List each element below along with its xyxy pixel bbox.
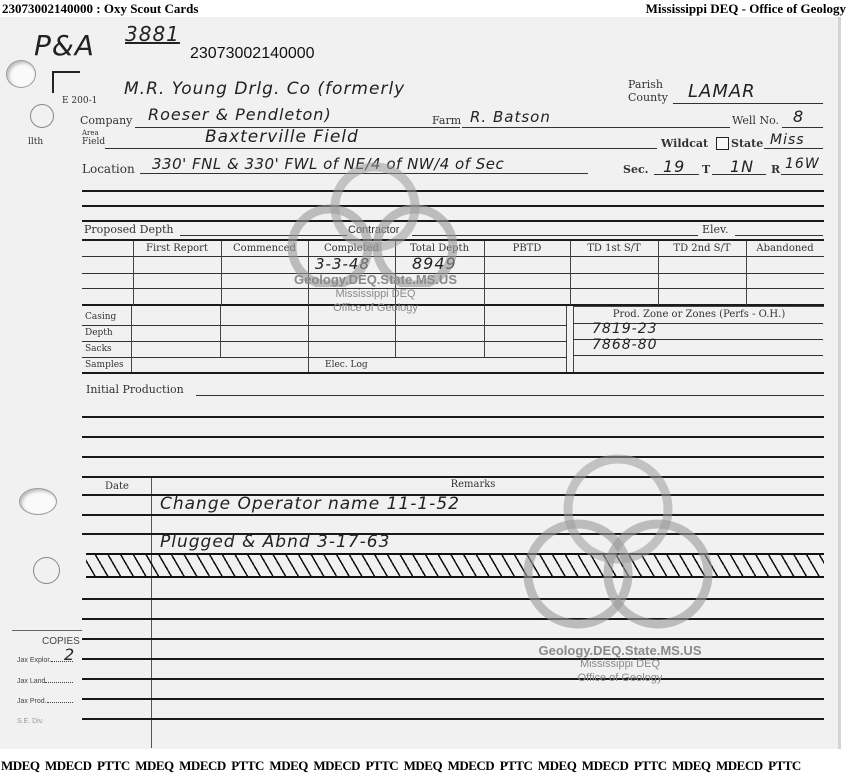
page-header: 23073002140000 : Oxy Scout Cards Mississ… — [0, 0, 850, 17]
watermark-agency: Mississippi DEQ — [283, 288, 468, 300]
well-no-label: Well No. — [732, 114, 779, 127]
punch-ring — [30, 104, 54, 128]
field-underline — [105, 148, 657, 149]
casing-label: Casing — [85, 312, 116, 322]
copy-label: S.E. Div. — [17, 718, 44, 725]
range-underline — [781, 174, 823, 175]
copy-label: Jax Explor. — [17, 657, 51, 664]
copy-label: Jax Prod. — [17, 698, 47, 705]
parish-label: Parish — [628, 78, 663, 91]
field-label: Field — [82, 137, 105, 147]
depth-label: Depth — [85, 328, 113, 338]
copy-jax-explor-value: 2 — [64, 645, 75, 664]
township-value: 1N — [730, 157, 754, 176]
prod-zone-value-2: 7868-80 — [592, 337, 658, 353]
watermark-url: Geology.DEQ.State.MS.US — [283, 272, 468, 287]
elev-underline — [735, 235, 823, 236]
footer-banner: MDEQ MDECD PTTC MDEQ MDECD PTTC MDEQ MDE… — [0, 758, 850, 777]
watermark-office: Office of Geology — [283, 302, 468, 314]
punch-ring — [33, 557, 60, 584]
th-abandoned: Abandoned — [746, 243, 824, 254]
well-no-underline — [782, 127, 823, 128]
farm-underline — [462, 127, 730, 128]
farm-label: Farm — [430, 114, 463, 127]
proposed-depth-label: Proposed Depth — [84, 223, 174, 236]
copy-jax-prod: Jax Prod. — [17, 698, 73, 705]
form-number: E 200-1 — [62, 96, 97, 106]
wildcat-checkbox[interactable] — [716, 137, 729, 150]
punch-hole — [19, 488, 57, 515]
copy-jax-land: Jax Land — [17, 678, 73, 685]
margin-label: llth — [28, 137, 43, 147]
date-header: Date — [82, 481, 152, 492]
wildcat-label: Wildcat — [661, 137, 708, 150]
field-value: Baxterville Field — [205, 127, 359, 147]
watermark-agency: Mississippi DEQ — [520, 658, 720, 670]
remark-entry-2: Plugged & Abnd 3-17-63 — [160, 532, 390, 552]
samples-label: Samples — [85, 360, 124, 370]
punch-hole — [6, 60, 36, 88]
state-value: Miss — [770, 132, 805, 148]
company-value: Roeser & Pendleton) — [148, 105, 332, 124]
township-label: T — [702, 163, 710, 176]
prod-zone-label: Prod. Zone or Zones (Perfs - O.H.) — [575, 309, 823, 320]
county-underline — [673, 103, 823, 104]
th-td-1st-st: TD 1st S/T — [570, 243, 658, 254]
agency-title: Mississippi DEQ - Office of Geology — [646, 1, 846, 17]
area-label: Area — [82, 129, 99, 137]
th-first-report: First Report — [133, 243, 221, 254]
scout-card: P&A 3881 23073002140000 E 200-1 llth M.R… — [0, 17, 841, 749]
copy-label: Jax Land — [17, 678, 45, 685]
copy-se-div: S.E. Div. — [17, 718, 44, 725]
remark-entry-1: Change Operator name 11-1-52 — [160, 494, 460, 514]
county-label: County — [628, 91, 668, 104]
range-value: 16W — [785, 156, 820, 172]
location-label: Location — [82, 162, 135, 176]
operator-name: M.R. Young Drlg. Co (formerly — [124, 79, 405, 99]
watermark-office: Office of Geology — [520, 672, 720, 684]
sacks-label: Sacks — [85, 344, 112, 354]
elev-label: Elev. — [702, 223, 728, 236]
company-label: Company — [80, 114, 132, 127]
county-value: LAMAR — [688, 81, 756, 102]
th-td-2nd-st: TD 2nd S/T — [658, 243, 746, 254]
document-title: 23073002140000 : Oxy Scout Cards — [2, 1, 198, 17]
state-label: State — [731, 137, 763, 150]
sec-label: Sec. — [623, 163, 648, 176]
initial-production-label: Initial Production — [86, 383, 184, 396]
prod-zone-value-1: 7819-23 — [592, 321, 658, 337]
sec-value: 19 — [663, 157, 685, 176]
well-no-value: 8 — [793, 107, 804, 126]
card-number-annotation: 3881 — [125, 22, 180, 46]
api-number: 23073002140000 — [190, 45, 315, 63]
range-label: R — [771, 163, 780, 176]
corner-mark — [52, 71, 80, 93]
deq-logo-watermark — [275, 162, 475, 287]
th-pbtd: PBTD — [484, 243, 570, 254]
watermark-url: Geology.DEQ.State.MS.US — [520, 643, 720, 658]
farm-value: R. Batson — [470, 108, 551, 126]
status-annotation: P&A — [34, 29, 95, 62]
deq-logo-watermark — [518, 449, 728, 639]
state-underline — [764, 148, 823, 149]
elec-log-label: Elec. Log — [325, 360, 368, 370]
